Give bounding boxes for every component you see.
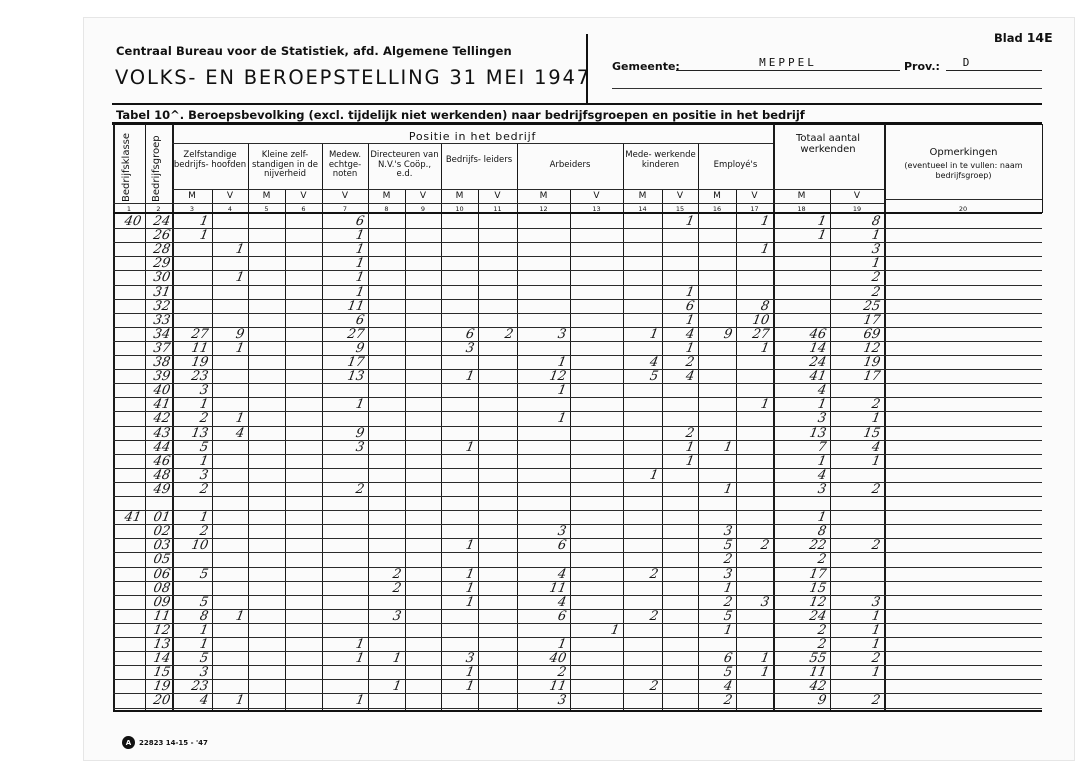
bedrijfsgroep-cell: 13 [144,638,171,652]
sex-label: V [736,191,773,201]
bedrijfsgroep-cell: 37 [144,342,171,356]
count-cell-col-8: 2 [367,582,402,596]
count-cell-col-16: 2 [697,694,733,708]
count-cell-col-12: 12 [516,370,567,384]
count-cell-col-7: 9 [321,342,365,356]
row-line [113,609,1042,610]
bedrijfsgroep-cell: 39 [144,370,171,384]
row-line [113,651,1042,652]
count-cell-col-18: 4 [772,469,827,483]
count-cell-col-10: 1 [440,596,475,610]
sex-row-line [172,189,884,190]
grid-column-line [285,189,286,710]
count-cell-col-17: 27 [735,328,770,342]
count-cell-col-14: 5 [622,370,659,384]
count-cell-col-3: 5 [171,568,209,582]
column-number: 2 [145,205,172,213]
count-cell-col-3: 11 [171,342,209,356]
row-line [113,482,1042,483]
count-cell-col-15: 1 [661,314,695,328]
bedrijfsgroep-cell: 14 [144,652,171,666]
count-cell-col-3: 23 [171,370,209,384]
row-line [113,708,1042,709]
sex-label: V [478,191,517,201]
count-cell-col-7: 13 [321,370,365,384]
column-number: 11 [478,205,517,213]
column-number: 8 [368,205,405,213]
count-cell-col-19: 1 [829,610,881,624]
count-cell-col-18: 1 [772,455,827,469]
count-cell-col-18: 24 [772,610,827,624]
count-cell-col-15: 6 [661,300,695,314]
bedrijfsgroep-cell: 09 [144,596,171,610]
count-cell-col-17: 1 [735,666,770,680]
sex-label: V [405,191,441,201]
column-number: 13 [570,205,623,213]
count-cell-col-16: 1 [697,441,733,455]
count-cell-col-18: 13 [772,427,827,441]
count-cell-col-19: 1 [829,455,881,469]
count-cell-col-18: 1 [772,229,827,243]
count-cell-col-19: 2 [829,652,881,666]
row-line [113,355,1042,356]
row-line [113,228,1042,229]
row-line [113,242,1042,243]
count-cell-col-15: 4 [661,370,695,384]
count-cell-col-19: 19 [829,356,881,370]
grid-column-line [405,189,406,710]
sex-label: V [570,191,623,201]
bedrijfsgroep-cell: 26 [144,229,171,243]
count-cell-col-7: 3 [321,441,365,455]
count-cell-col-3: 2 [171,412,209,426]
sex-label: V [830,191,884,201]
count-cell-col-19: 4 [829,441,881,455]
row-line [113,552,1042,553]
header-extra-line [612,88,1042,89]
row-line [113,510,1042,511]
group-header-2: Kleine zelf- standigen in de nijverheid [249,151,321,180]
row-line [113,693,1042,694]
table-top-rule [112,122,1042,125]
count-cell-col-7: 1 [321,229,365,243]
bedrijfsgroep-cell: 24 [144,215,171,229]
column-number: 6 [285,205,322,213]
bedrijfsgroep-cell: 34 [144,328,171,342]
count-cell-col-7: 1 [321,638,365,652]
bedrijfsgroep-cell: 01 [144,511,171,525]
count-cell-col-18: 17 [772,568,827,582]
count-cell-col-16: 2 [697,553,733,567]
row-line [113,440,1042,441]
count-cell-col-7: 1 [321,398,365,412]
count-cell-col-10: 1 [440,680,475,694]
opmerkingen-line [884,199,1042,200]
table-bottom-rule [113,710,1042,712]
count-cell-col-16: 5 [697,610,733,624]
row-line [113,369,1042,370]
count-cell-col-17: 1 [735,215,770,229]
count-cell-col-10: 1 [440,539,475,553]
count-cell-col-17: 8 [735,300,770,314]
count-cell-col-3: 5 [171,441,209,455]
province-label: Prov.: [904,60,940,73]
row-line [113,665,1042,666]
count-cell-col-3: 19 [171,356,209,370]
count-cell-col-3: 27 [171,328,209,342]
count-cell-col-4: 9 [211,328,245,342]
count-cell-col-17: 3 [735,596,770,610]
count-cell-col-3: 1 [171,455,209,469]
row-line [113,538,1042,539]
column-number: 17 [736,205,773,213]
count-cell-col-19: 1 [829,229,881,243]
row-line [113,313,1042,314]
header-rule [112,103,1042,105]
grid-column-line [212,189,213,710]
column-number: 10 [441,205,478,213]
sheet-id: Blad 14E [994,30,1053,45]
group-header-4: Directeuren van N.V.'s Coöp., e.d. [369,151,440,180]
bedrijfsgroep-cell: 32 [144,300,171,314]
count-cell-col-15: 1 [661,215,695,229]
count-cell-col-17: 1 [735,652,770,666]
group-header-8: Employé's [699,161,772,171]
count-cell-col-3: 5 [171,596,209,610]
count-cell-col-10: 6 [440,328,475,342]
count-cell-col-18: 2 [772,624,827,638]
count-cell-col-18: 41 [772,370,827,384]
header-divider [586,34,588,104]
count-cell-col-18: 12 [772,596,827,610]
count-cell-col-18: 3 [772,412,827,426]
bedrijfsgroep-cell: 31 [144,286,171,300]
row-line [113,426,1042,427]
count-cell-col-13: 1 [569,624,620,638]
count-cell-col-19: 17 [829,314,881,328]
column-number: 12 [517,205,570,213]
count-cell-col-8: 1 [367,680,402,694]
count-cell-col-11: 2 [477,328,514,342]
count-cell-col-3: 1 [171,624,209,638]
count-cell-col-7: 6 [321,314,365,328]
sheet-number: 14E [1027,30,1053,45]
count-cell-col-18: 1 [772,215,827,229]
count-cell-col-17: 1 [735,342,770,356]
count-cell-col-16: 9 [697,328,733,342]
sex-label: V [212,191,248,201]
count-cell-col-19: 2 [829,483,881,497]
count-cell-col-12: 1 [516,356,567,370]
count-cell-col-19: 8 [829,215,881,229]
positie-header: Positie in het bedrijf [172,130,773,143]
group-header-5: Bedrijfs- leiders [442,156,516,166]
bedrijfsgroep-cell: 48 [144,469,171,483]
count-cell-col-7: 2 [321,483,365,497]
count-cell-col-3: 5 [171,652,209,666]
count-cell-col-10: 3 [440,342,475,356]
count-cell-col-7: 17 [321,356,365,370]
row-line [113,383,1042,384]
count-cell-col-12: 6 [516,539,567,553]
sex-label: M [623,191,662,201]
count-cell-col-19: 17 [829,370,881,384]
column-number: 4 [212,205,248,213]
count-cell-col-3: 1 [171,215,209,229]
count-cell-col-10: 1 [440,568,475,582]
count-cell-col-8: 3 [367,610,402,624]
row-line [113,341,1042,342]
count-cell-col-8: 1 [367,652,402,666]
count-cell-col-19: 12 [829,342,881,356]
group-header-3: Medew. echtge- noten [323,151,367,180]
count-cell-col-10: 1 [440,441,475,455]
column-number: 9 [405,205,441,213]
count-cell-col-16: 1 [697,483,733,497]
sex-label: M [441,191,478,201]
bedrijfsgroep-cell: 49 [144,483,171,497]
count-cell-col-12: 40 [516,652,567,666]
count-cell-col-19: 25 [829,300,881,314]
count-cell-col-19: 2 [829,271,881,285]
printer-logo-icon: A [122,736,135,749]
count-cell-col-4: 4 [211,427,245,441]
count-cell-col-3: 10 [171,539,209,553]
positie-underline [172,143,773,144]
count-cell-col-7: 1 [321,694,365,708]
bedrijfsgroep-cell: 33 [144,314,171,328]
row-line [113,595,1042,596]
count-cell-col-15: 1 [661,286,695,300]
column-number: 7 [322,205,368,213]
row-line [113,411,1042,412]
grid-column-line [478,189,479,710]
print-code: 22823 14-15 - '47 [139,739,208,747]
province-value: D [946,56,986,69]
gemeente-underline [676,70,900,71]
sex-label: M [517,191,570,201]
count-cell-col-4: 1 [211,243,245,257]
count-cell-col-18: 46 [772,328,827,342]
number-row-line [113,203,884,204]
count-cell-col-19: 1 [829,412,881,426]
count-cell-col-17: 2 [735,539,770,553]
count-cell-col-7: 1 [321,286,365,300]
count-cell-col-14: 4 [622,356,659,370]
row-line [113,679,1042,680]
count-cell-col-18: 15 [772,582,827,596]
column-number: 20 [884,205,1042,213]
column-number: 15 [662,205,698,213]
count-cell-col-14: 2 [622,568,659,582]
group-header-1: Zelfstandige bedrijfs- hoofden [173,151,247,170]
count-cell-col-18: 2 [772,638,827,652]
bedrijfsgroep-cell: 46 [144,455,171,469]
row-line [113,327,1042,328]
count-cell-col-4: 1 [211,694,245,708]
organization-name: Centraal Bureau voor de Statistiek, afd.… [116,44,512,58]
count-cell-col-4: 1 [211,610,245,624]
row-line [113,285,1042,286]
count-cell-col-12: 11 [516,582,567,596]
count-cell-col-14: 1 [622,328,659,342]
column-number: 19 [830,205,884,213]
count-cell-col-16: 3 [697,568,733,582]
count-cell-col-12: 3 [516,328,567,342]
count-cell-col-12: 1 [516,638,567,652]
count-cell-col-19: 15 [829,427,881,441]
bedrijfsgroep-cell: 20 [144,694,171,708]
count-cell-col-7: 27 [321,328,365,342]
count-cell-col-14: 2 [622,680,659,694]
count-cell-col-18: 2 [772,553,827,567]
bedrijfsgroep-cell: 38 [144,356,171,370]
count-cell-col-4: 1 [211,271,245,285]
column-number: 14 [623,205,662,213]
count-cell-col-19: 2 [829,694,881,708]
count-cell-col-17: 1 [735,243,770,257]
count-cell-col-7: 1 [321,652,365,666]
count-cell-col-14: 2 [622,610,659,624]
opmerkingen-subtitle: (eventueel in te vullen: naam bedrijfsgr… [886,161,1041,180]
column-number: 16 [698,205,736,213]
count-cell-col-3: 1 [171,511,209,525]
bedrijfsklasse-header: Bedrijfsklasse [121,133,132,202]
sex-label: V [322,191,368,201]
bedrijfsgroep-cell: 12 [144,624,171,638]
bedrijfsgroep-cell: 30 [144,271,171,285]
column-number: 5 [248,205,285,213]
bedrijfsgroep-cell: 44 [144,441,171,455]
count-cell-col-4: 1 [211,342,245,356]
bedrijfsgroep-cell: 42 [144,412,171,426]
row-line [113,454,1042,455]
count-cell-col-3: 4 [171,694,209,708]
count-cell-col-15: 1 [661,455,695,469]
count-cell-col-19: 3 [829,596,881,610]
count-cell-col-19: 2 [829,539,881,553]
bedrijfsgroep-cell: 43 [144,427,171,441]
count-cell-col-3: 8 [171,610,209,624]
totaal-header: Totaal aantal werkenden [774,133,882,155]
count-cell-col-10: 1 [440,582,475,596]
count-cell-col-8: 2 [367,568,402,582]
sex-label: M [368,191,405,201]
column-number: 1 [113,205,145,213]
bedrijfsgroep-cell: 08 [144,582,171,596]
sex-label: M [773,191,830,201]
column-number: 3 [172,205,212,213]
count-cell-col-19: 1 [829,638,881,652]
opmerkingen-title: Opmerkingen [886,148,1041,158]
count-cell-col-15: 2 [661,356,695,370]
row-line [113,270,1042,271]
count-cell-col-18: 3 [772,483,827,497]
count-cell-col-7: 11 [321,300,365,314]
count-cell-col-12: 6 [516,610,567,624]
sheet-label: Blad [994,31,1023,45]
count-cell-col-16: 1 [697,582,733,596]
row-line [113,256,1042,257]
row-line [113,496,1042,497]
count-cell-col-3: 1 [171,229,209,243]
count-cell-col-15: 1 [661,441,695,455]
gemeente-label: Gemeente: [612,60,680,73]
count-cell-col-7: 1 [321,271,365,285]
grid-column-line [1042,124,1043,213]
count-cell-col-7: 6 [321,215,365,229]
count-cell-col-19: 1 [829,624,881,638]
bedrijfsgroep-cell: 06 [144,568,171,582]
row-line [113,397,1042,398]
count-cell-col-15: 1 [661,342,695,356]
count-cell-col-16: 6 [697,652,733,666]
count-cell-col-15: 4 [661,328,695,342]
count-cell-col-16: 1 [697,624,733,638]
sex-label: V [285,191,322,201]
row-line [113,567,1042,568]
bedrijfsgroep-cell: 11 [144,610,171,624]
count-cell-col-19: 69 [829,328,881,342]
group-header-7: Mede- werkende kinderen [624,151,697,170]
count-cell-col-18: 9 [772,694,827,708]
bedrijfsgroep-cell: 05 [144,553,171,567]
count-cell-col-18: 55 [772,652,827,666]
count-cell-col-12: 4 [516,568,567,582]
sex-label: V [662,191,698,201]
bedrijfsklasse-cell: 40 [112,215,142,229]
count-cell-col-18: 14 [772,342,827,356]
count-cell-col-10: 3 [440,652,475,666]
row-line [113,524,1042,525]
table-title: Tabel 10^. Beroepsbevolking (excl. tijde… [116,108,805,122]
count-cell-col-12: 4 [516,596,567,610]
count-cell-col-17: 10 [735,314,770,328]
count-cell-col-18: 24 [772,356,827,370]
count-cell-col-12: 1 [516,384,567,398]
row-line [113,299,1042,300]
row-line [113,468,1042,469]
count-cell-col-17: 1 [735,398,770,412]
bedrijfsgroep-header: Bedrijfsgroep [151,135,162,202]
count-cell-col-4: 1 [211,412,245,426]
count-cell-col-16: 2 [697,596,733,610]
count-cell-col-7: 9 [321,427,365,441]
count-cell-col-18: 1 [772,511,827,525]
province-underline [946,70,1042,71]
row-line [113,581,1042,582]
print-footer: A 22823 14-15 - '47 [122,736,208,749]
bedrijfsklasse-cell: 41 [112,511,142,525]
count-cell-col-3: 2 [171,483,209,497]
sex-label: M [248,191,285,201]
count-cell-col-14: 1 [622,469,659,483]
count-cell-col-3: 1 [171,638,209,652]
count-cell-col-3: 13 [171,427,209,441]
gemeente-value: MEPPEL [676,56,900,69]
count-cell-col-3: 3 [171,469,209,483]
sex-label: M [172,191,212,201]
count-cell-col-19: 2 [829,286,881,300]
column-number: 18 [773,205,830,213]
count-cell-col-19: 1 [829,666,881,680]
count-cell-col-10: 1 [440,370,475,384]
count-cell-col-15: 2 [661,427,695,441]
count-cell-col-12: 1 [516,412,567,426]
grid-column-line [736,189,737,710]
count-cell-col-12: 3 [516,694,567,708]
sex-label: M [698,191,736,201]
